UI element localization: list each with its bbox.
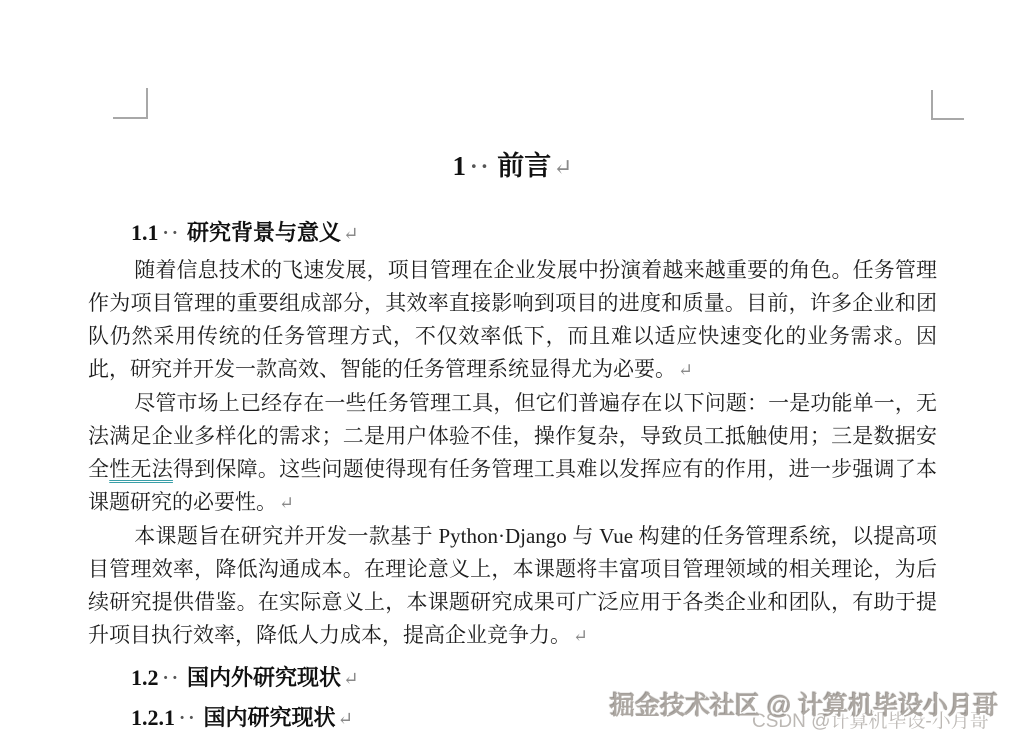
paragraph-text: 得到保障。这些问题使得现有任务管理工具难以发挥应有的作用，进一步强调了本课题研究…	[88, 457, 937, 514]
document-content: 1··前言↵ 1.1··研究背景与意义↵ 随着信息技术的飞速发展，项目管理在企业…	[88, 0, 937, 735]
body-paragraph-1: 随着信息技术的飞速发展，项目管理在企业发展中扮演着越来越重要的角色。任务管理作为…	[88, 254, 937, 387]
section-heading-1-1: 1.1··研究背景与意义↵	[131, 216, 937, 252]
section-heading-text: 国内研究现状	[203, 705, 335, 730]
word-document-page: 1··前言↵ 1.1··研究背景与意义↵ 随着信息技术的飞速发展，项目管理在企业…	[0, 0, 1025, 735]
paragraph-text: 本课题旨在研究并开发一款基于 Python·Django 与 Vue 构建的任务…	[88, 524, 937, 647]
juejin-watermark: 掘金技术社区 @ 计算机毕设小月哥	[610, 686, 998, 722]
space-format-marks: ··	[179, 708, 197, 729]
chapter-title-number: 1	[452, 151, 466, 181]
grammar-check-underlined-text: 性无法	[109, 457, 173, 481]
chapter-title-text: 前言	[497, 151, 551, 181]
paragraph-return-mark-icon: ↵	[553, 155, 572, 180]
body-paragraph-2: 尽管市场上已经存在一些任务管理工具，但它们普遍存在以下问题：一是功能单一，无法满…	[88, 387, 937, 520]
paragraph-return-mark-icon: ↵	[337, 709, 353, 730]
paragraph-return-mark-icon: ↵	[343, 224, 359, 245]
section-heading-text: 研究背景与意义	[187, 220, 341, 245]
space-format-marks: ··	[470, 154, 491, 179]
paragraph-return-mark-icon: ↵	[573, 626, 588, 646]
chapter-title: 1··前言↵	[88, 148, 937, 186]
section-number: 1.2	[131, 665, 159, 690]
paragraph-return-mark-icon: ↵	[678, 360, 693, 380]
section-number: 1.2.1	[131, 705, 175, 730]
section-heading-text: 国内外研究现状	[187, 665, 341, 690]
paragraph-return-mark-icon: ↵	[343, 669, 359, 690]
paragraph-return-mark-icon: ↵	[279, 493, 294, 513]
paragraph-text: 随着信息技术的飞速发展，项目管理在企业发展中扮演着越来越重要的角色。任务管理作为…	[88, 258, 937, 381]
space-format-marks: ··	[163, 223, 181, 244]
body-paragraph-3: 本课题旨在研究并开发一款基于 Python·Django 与 Vue 构建的任务…	[88, 520, 937, 653]
section-number: 1.1	[131, 220, 159, 245]
space-format-marks: ··	[163, 668, 181, 689]
